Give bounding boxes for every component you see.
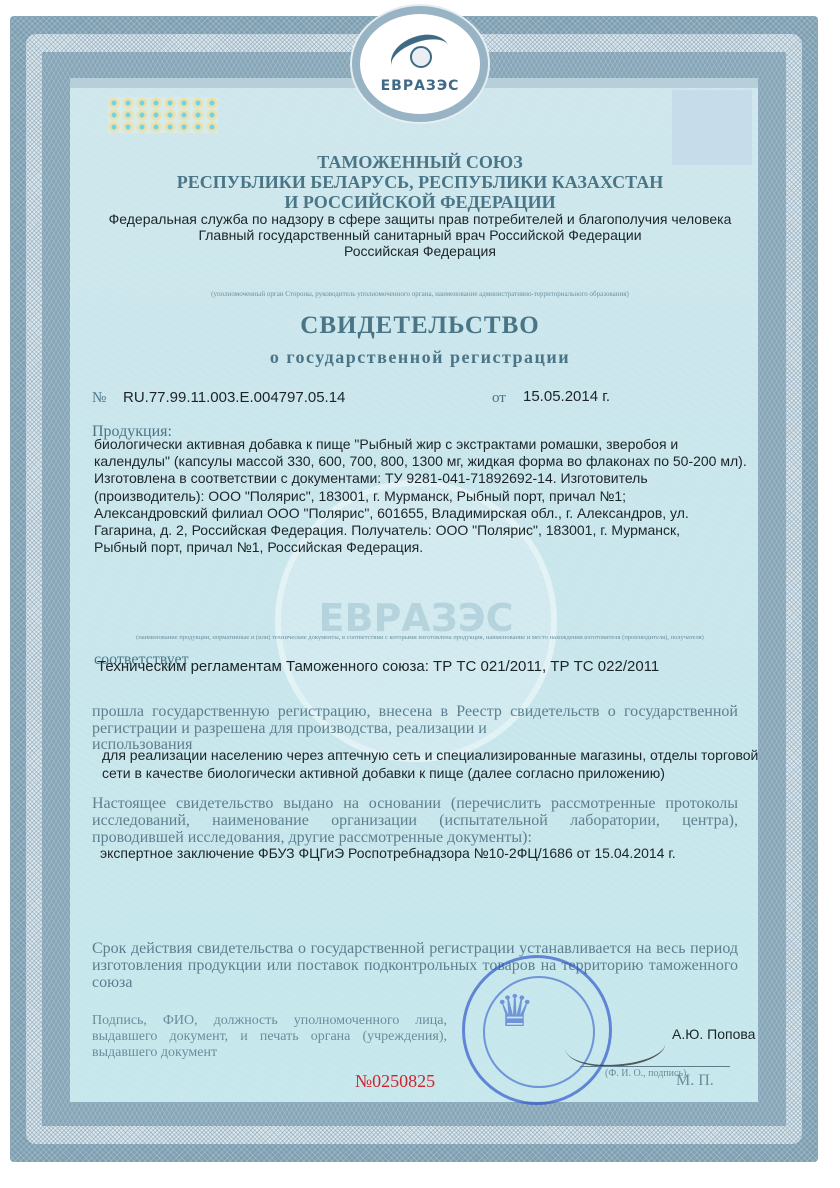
product-line: (производитель): ООО "Полярис", 183001, …	[94, 488, 747, 505]
signatory-name: А.Ю. Попова	[672, 1026, 755, 1042]
authority-line-3: Российская Федерация	[0, 243, 840, 259]
usage-description: для реализации населению через аптечную …	[102, 747, 758, 782]
product-line: Рыбный порт, причал №1, Российская Федер…	[94, 539, 747, 556]
seal-place-label: М. П.	[676, 1072, 714, 1090]
product-description: биологически активная добавка к пище "Ры…	[94, 436, 747, 556]
signatory-caption: (Ф. И. О., подпись)	[605, 1068, 686, 1079]
usage-line: сети в качестве биологически активной до…	[102, 765, 758, 783]
registration-date: 15.05.2014 г.	[523, 388, 610, 405]
header-line-1: ТАМОЖЕННЫЙ СОЮЗ	[0, 152, 840, 173]
authority-line-1: Федеральная служба по надзору в сфере за…	[0, 211, 840, 227]
evrazes-emblem: ЕВРАЗЭС	[360, 14, 480, 114]
document-subtitle: о государственной регистрации	[0, 347, 840, 368]
document-title: СВИДЕТЕЛЬСТВО	[0, 312, 840, 340]
authority-caption: (уполномоченный орган Стороны, руководит…	[0, 290, 840, 298]
double-headed-eagle-icon: ♛	[495, 986, 534, 1037]
conformity-value: Техническим регламентам Таможенного союз…	[97, 658, 659, 675]
registration-statement: прошла государственную регистрацию, внес…	[92, 703, 738, 737]
product-line: календулы" (капсулы массой 330, 600, 700…	[94, 453, 747, 470]
product-caption: (наименование продукции, нормативные и (…	[0, 634, 840, 641]
product-line: Изготовлена в соответствии с документами…	[94, 470, 747, 487]
authority-line-2: Главный государственный санитарный врач …	[0, 227, 840, 243]
header-line-3: И РОССИЙСКОЙ ФЕДЕРАЦИИ	[0, 192, 840, 213]
header-line-2: РЕСПУБЛИКИ БЕЛАРУСЬ, РЕСПУБЛИКИ КАЗАХСТА…	[0, 172, 840, 193]
hologram-strip	[108, 97, 218, 133]
date-label: от	[492, 390, 506, 407]
number-label: №	[92, 390, 106, 407]
signature-caption: Подпись, ФИО, должность уполномоченного …	[92, 1013, 447, 1061]
basis-value: экспертное заключение ФБУЗ ФЦГиЭ Роспотр…	[100, 845, 676, 861]
product-line: биологически активная добавка к пище "Ры…	[94, 436, 747, 453]
globe-icon	[410, 46, 432, 68]
product-line: Гагарина, д. 2, Российская Федерация. По…	[94, 522, 747, 539]
certificate-serial-number: №0250825	[355, 1071, 435, 1092]
usage-line: для реализации населению через аптечную …	[102, 747, 758, 765]
basis-statement: Настоящее свидетельство выдано на основа…	[92, 795, 738, 846]
registration-number: RU.77.99.11.003.Е.004797.05.14	[123, 389, 345, 406]
emblem-label: ЕВРАЗЭС	[360, 78, 480, 94]
validity-statement: Срок действия свидетельства о государств…	[92, 940, 738, 991]
signature-line	[580, 1066, 730, 1067]
product-line: Александровский филиал ООО "Полярис", 60…	[94, 505, 747, 522]
